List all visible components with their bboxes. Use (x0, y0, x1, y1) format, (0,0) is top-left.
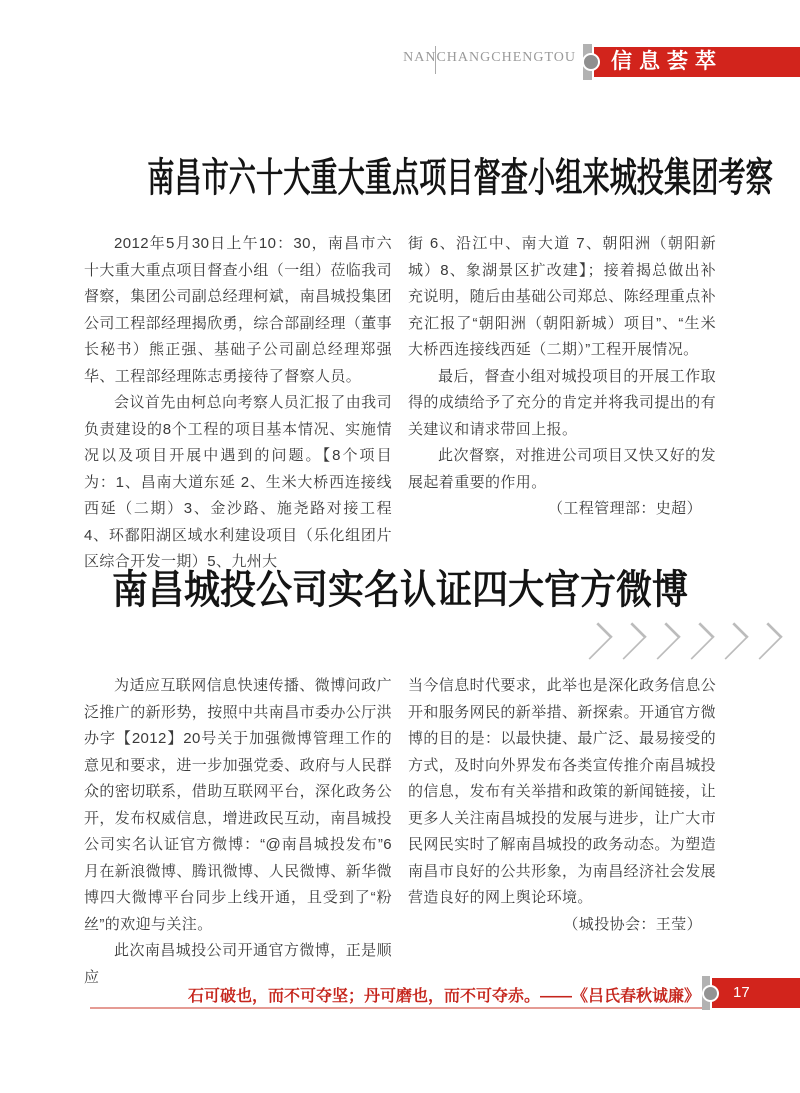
chevron-right-icon (575, 622, 612, 659)
paragraph: 此次督察，对推进公司项目又快又好的发展起着重要的作用。 (408, 443, 716, 496)
article2-column-right: 当今信息时代要求，此举也是深化政务信息公开和服务网民的新举措、新探索。开通官方微… (408, 673, 716, 991)
article2-title-text: 南昌城投公司实名认证四大官方微博 (112, 558, 688, 615)
paragraph: 最后，督查小组对城投项目的开展工作取得的成绩给予了充分的肯定并将我司提出的有关建… (408, 364, 716, 444)
section-banner: 信息荟萃 (594, 47, 800, 77)
footer-rule-line (90, 1007, 703, 1009)
article1-byline: （工程管理部：史超） (408, 496, 716, 523)
article1-title-text: 南昌市六十大重大重点项目督查小组来城投集团考察 (147, 146, 773, 203)
article2-title: 南昌城投公司实名认证四大官方微博 (0, 558, 800, 615)
chevron-right-icon (609, 622, 646, 659)
footer-dot-icon (702, 985, 719, 1002)
paragraph: 当今信息时代要求，此举也是深化政务信息公开和服务网民的新举措、新探索。开通官方微… (408, 673, 716, 912)
chevron-right-icon (745, 622, 782, 659)
chevron-right-icon (677, 622, 714, 659)
article1-body: 2012年5月30日上午10：30，南昌市六十大重大重点项目督查小组（一组）莅临… (84, 231, 716, 576)
article1-title: 南昌市六十大重大重点项目督查小组来城投集团考察 (0, 146, 800, 203)
article1-column-left: 2012年5月30日上午10：30，南昌市六十大重大重点项目督查小组（一组）莅临… (84, 231, 392, 576)
paragraph: 街 6、沿江中、南大道 7、朝阳洲（朝阳新城）8、象湖景区扩改建】；接着揭总做出… (408, 231, 716, 364)
article2-body: 为适应互联网信息快速传播、微博问政广泛推广的新形势，按照中共南昌市委办公厅洪办字… (84, 673, 716, 991)
article1-column-right: 街 6、沿江中、南大道 7、朝阳洲（朝阳新城）8、象湖景区扩改建】；接着揭总做出… (408, 231, 716, 576)
journal-name: NANCHANGCHENGTOU (403, 50, 576, 66)
footer-quote: 石可破也，而不可夺坚；丹可磨也，而不可夺赤。——《吕氏春秋诚廉》 (84, 983, 700, 1006)
magazine-page: NANCHANGCHENGTOU 信息荟萃 南昌市六十大重大重点项目督查小组来城… (0, 0, 800, 1093)
chevron-right-icon (643, 622, 680, 659)
paragraph: 2012年5月30日上午10：30，南昌市六十大重大重点项目督查小组（一组）莅临… (84, 231, 392, 390)
chevron-right-icon (711, 622, 748, 659)
chevron-decoration (582, 618, 776, 664)
header-dot-icon (582, 53, 600, 71)
article2-byline: （城投协会：王莹） (408, 912, 716, 939)
article2-column-left: 为适应互联网信息快速传播、微博问政广泛推广的新形势，按照中共南昌市委办公厅洪办字… (84, 673, 392, 991)
paragraph: 为适应互联网信息快速传播、微博问政广泛推广的新形势，按照中共南昌市委办公厅洪办字… (84, 673, 392, 938)
paragraph: 会议首先由柯总向考察人员汇报了由我司负责建设的8个工程的项目基本情况、实施情况以… (84, 390, 392, 576)
page-number: 17 (712, 978, 800, 1008)
